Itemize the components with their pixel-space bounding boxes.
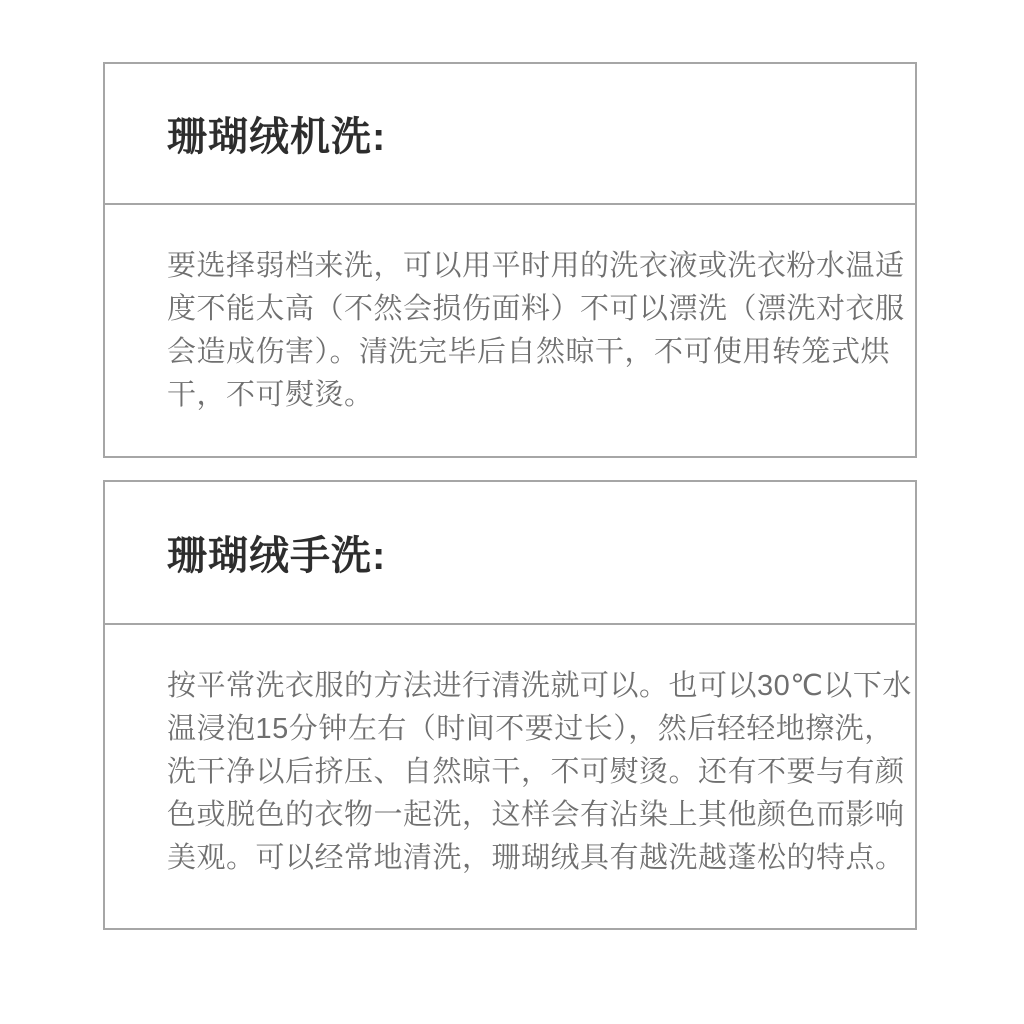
machine-wash-body: 要选择弱档来洗，可以用平时用的洗衣液或洗衣粉水温适 度不能太高（不然会损伤面料）… — [103, 203, 917, 458]
machine-wash-title: 珊瑚绒机洗: — [167, 105, 386, 162]
machine-wash-instructions: 要选择弱档来洗，可以用平时用的洗衣液或洗衣粉水温适 度不能太高（不然会损伤面料）… — [167, 245, 907, 417]
hand-wash-header: 珊瑚绒手洗: — [103, 480, 917, 623]
care-instructions-page: 珊瑚绒机洗: 要选择弱档来洗，可以用平时用的洗衣液或洗衣粉水温适 度不能太高（不… — [0, 0, 1024, 1024]
hand-wash-body: 按平常洗衣服的方法进行清洗就可以。也可以30℃以下水 温浸泡15分钟左右（时间不… — [103, 623, 917, 930]
machine-wash-section: 珊瑚绒机洗: 要选择弱档来洗，可以用平时用的洗衣液或洗衣粉水温适 度不能太高（不… — [103, 62, 917, 458]
hand-wash-section: 珊瑚绒手洗: 按平常洗衣服的方法进行清洗就可以。也可以30℃以下水 温浸泡15分… — [103, 480, 917, 930]
hand-wash-instructions: 按平常洗衣服的方法进行清洗就可以。也可以30℃以下水 温浸泡15分钟左右（时间不… — [167, 665, 907, 880]
hand-wash-title: 珊瑚绒手洗: — [167, 524, 386, 581]
machine-wash-header: 珊瑚绒机洗: — [103, 62, 917, 203]
